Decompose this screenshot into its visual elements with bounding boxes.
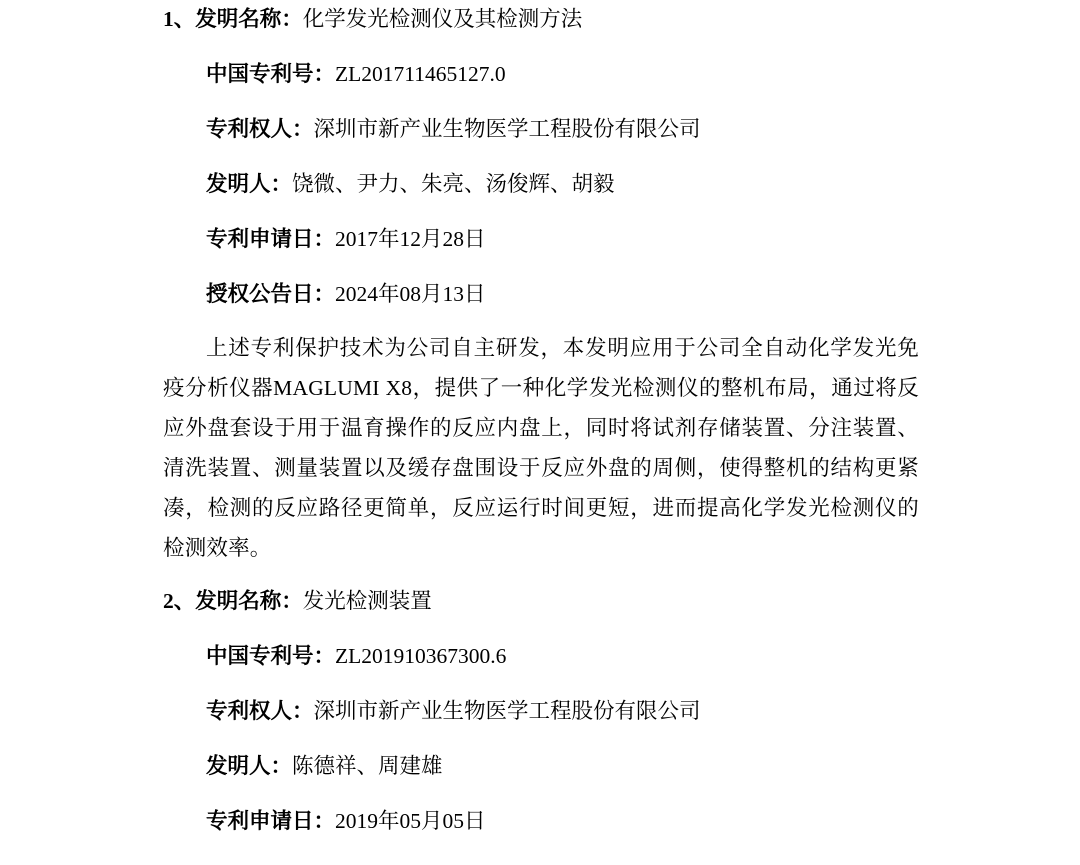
patent-1-title: 化学发光检测仪及其检测方法 — [303, 7, 583, 31]
patent-1-abstract: 上述专利保护技术为公司自主研发，本发明应用于公司全自动化学发光免疫分析仪器MAG… — [163, 328, 919, 568]
patent-1-index: 1、 — [163, 7, 195, 31]
field-label: 专利权人： — [206, 117, 314, 141]
patent-1-field-grant-date: 授权公告日：2024年08月13日 — [163, 283, 919, 305]
field-label: 中国专利号： — [206, 62, 335, 86]
patent-entry-2: 2、发明名称：发光检测装置 中国专利号：ZL201910367300.6 专利权… — [163, 590, 919, 799]
patent-2-field-patentee: 专利权人：深圳市新产业生物医学工程股份有限公司 — [163, 700, 919, 722]
field-value: 深圳市新产业生物医学工程股份有限公司 — [314, 117, 701, 141]
field-value: 陈德祥、周建雄 — [292, 754, 443, 778]
field-value: ZL201910367300.6 — [335, 644, 506, 668]
patent-1-field-patentee: 专利权人：深圳市新产业生物医学工程股份有限公司 — [163, 118, 919, 140]
patent-entry-1: 1、发明名称：化学发光检测仪及其检测方法 中国专利号：ZL20171146512… — [163, 8, 919, 568]
field-label: 发明人： — [206, 172, 292, 196]
patent-2-field-inventors: 发明人：陈德祥、周建雄 — [163, 755, 919, 777]
patent-1-field-inventors: 发明人：饶微、尹力、朱亮、汤俊辉、胡毅 — [163, 173, 919, 195]
field-label: 授权公告日： — [206, 282, 335, 306]
field-value: 2024年08月13日 — [335, 282, 486, 306]
patent-1-title-label: 发明名称： — [195, 7, 303, 31]
patent-2-title-line: 2、发明名称：发光检测装置 — [163, 590, 919, 612]
field-value: 深圳市新产业生物医学工程股份有限公司 — [314, 699, 701, 723]
field-label: 发明人： — [206, 754, 292, 778]
patent-2-title: 发光检测装置 — [303, 589, 432, 613]
field-value: 2017年12月28日 — [335, 227, 486, 251]
patent-1-field-patent-number: 中国专利号：ZL201711465127.0 — [163, 63, 919, 85]
field-label: 专利申请日： — [206, 227, 335, 251]
patent-1-title-line: 1、发明名称：化学发光检测仪及其检测方法 — [163, 8, 919, 30]
field-label: 中国专利号： — [206, 644, 335, 668]
patent-2-title-label: 发明名称： — [195, 589, 303, 613]
field-value: 饶微、尹力、朱亮、汤俊辉、胡毅 — [292, 172, 615, 196]
patent-2-field-patent-number: 中国专利号：ZL201910367300.6 — [163, 645, 919, 667]
patent-2-index: 2、 — [163, 589, 195, 613]
field-value: ZL201711465127.0 — [335, 62, 506, 86]
document-page: 1、发明名称：化学发光检测仪及其检测方法 中国专利号：ZL20171146512… — [163, 8, 919, 799]
field-label: 专利权人： — [206, 699, 314, 723]
patent-1-field-application-date: 专利申请日：2017年12月28日 — [163, 228, 919, 250]
